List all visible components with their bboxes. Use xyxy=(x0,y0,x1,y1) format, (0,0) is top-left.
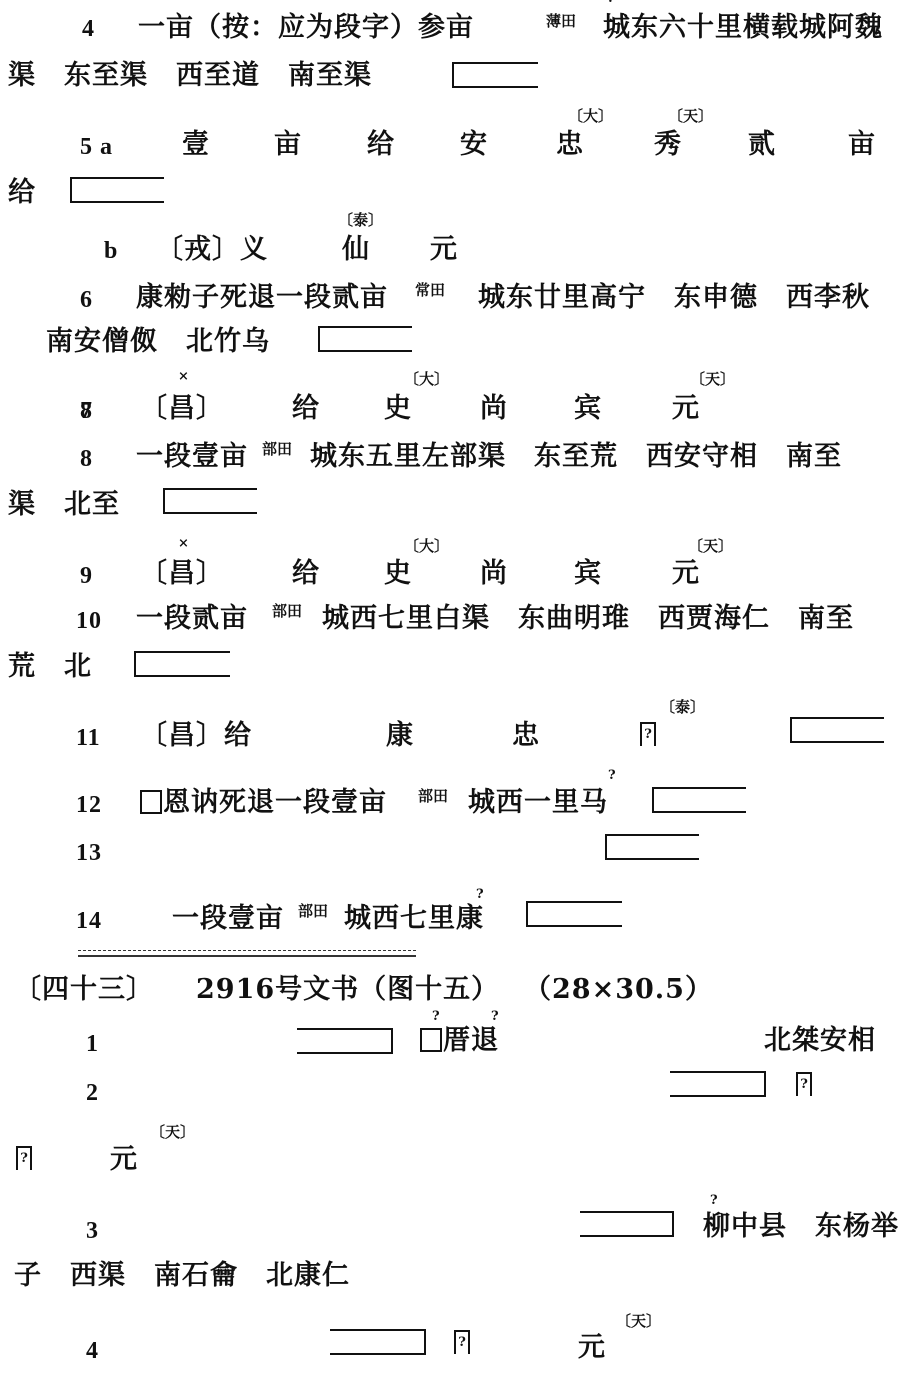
line-cell: 亩 xyxy=(848,130,876,160)
line-cell: 元 xyxy=(672,394,700,424)
line-cell: 〔昌〕给 xyxy=(140,721,252,751)
line-cell: 安 xyxy=(460,130,488,160)
line-text: 城东六十里横载城阿魏 xyxy=(603,13,883,43)
missing-char-box xyxy=(140,790,162,814)
line-cell: 史 xyxy=(384,559,412,589)
annotation: 〔天〕 xyxy=(616,1313,661,1329)
lacuna-mark xyxy=(163,488,257,514)
line-number: 12 xyxy=(76,790,102,820)
document-page: ? 4 一亩（按：应为段字）参亩 薄田 城东六十里横载城阿魏 渠 东至渠 西至道… xyxy=(0,0,924,1376)
line-number: 6 xyxy=(80,285,93,315)
section-index: 〔四十三〕 xyxy=(14,975,154,1005)
line-cell: 忠 xyxy=(512,721,540,751)
line-text: 城东五里左部渠 东至荒 西安守相 南至 xyxy=(310,442,842,472)
line-text: 康勑子死退一段贰亩 xyxy=(136,283,388,313)
line-cell: 宾 xyxy=(574,394,602,424)
line-cell: 秀 xyxy=(654,130,682,160)
annotation: 〔泰〕 xyxy=(338,212,383,228)
field-type-note: 部田 xyxy=(262,441,292,457)
line-number: 10 xyxy=(76,606,102,636)
line-number: 1 xyxy=(86,1029,99,1059)
query-mark: ? xyxy=(607,0,615,6)
annotation: 〔泰〕 xyxy=(660,699,705,715)
line-text: 一段壹亩 xyxy=(136,442,248,472)
line-cell: 壹 xyxy=(182,130,210,160)
lacuna-mark xyxy=(318,326,412,352)
lacuna-mark xyxy=(670,1071,766,1097)
field-type-note: 常田 xyxy=(415,282,445,298)
line-text: 柳中县 东杨举 xyxy=(703,1212,899,1242)
query-mark: ? xyxy=(491,1010,499,1024)
field-type-note: 部田 xyxy=(298,903,328,919)
line-cell: 史 xyxy=(384,394,412,424)
line-text-body: 恩讷死退一段壹亩 xyxy=(163,787,387,818)
field-type-note: 部田 xyxy=(272,603,302,619)
line-cell: 〔昌〕 xyxy=(140,559,224,589)
line-continuation: 渠 北至 xyxy=(8,490,120,520)
line-number: 8 xyxy=(80,444,93,474)
line-continuation: 渠 东至渠 西至道 南至渠 xyxy=(8,61,372,91)
line-number: 13 xyxy=(76,838,102,868)
lacuna-mark xyxy=(297,1028,393,1054)
line-number: 5 a xyxy=(80,132,113,162)
lacuna-mark xyxy=(526,901,622,927)
line-text: 一段贰亩 xyxy=(136,604,248,634)
lacuna-mark xyxy=(580,1211,674,1237)
line-number: 2 xyxy=(86,1078,99,1108)
line-cell: 亩 xyxy=(274,130,302,160)
illegible-char-box: ? xyxy=(796,1072,812,1096)
annotation: 〔大〕 xyxy=(404,538,449,554)
line-text-right: 北桀安相 xyxy=(764,1026,876,1056)
line-continuation: 元 xyxy=(110,1145,138,1175)
line-number: 11 xyxy=(76,723,101,753)
line-number: 3 xyxy=(86,1216,99,1246)
line-text: 厝退 xyxy=(420,1026,499,1056)
annotation: 〔天〕 xyxy=(668,108,713,124)
lacuna-mark xyxy=(652,787,746,813)
query-mark: ? xyxy=(476,888,484,902)
line-number: 4 xyxy=(86,1336,99,1366)
line-cell: 〔戎〕义 xyxy=(156,235,268,265)
line-continuation: 子 西渠 南石龠 北康仁 xyxy=(14,1261,350,1291)
lacuna-mark xyxy=(605,834,699,860)
line-cell: 忠 xyxy=(556,130,584,160)
line-cell: 康 xyxy=(386,721,414,751)
query-mark: ? xyxy=(710,1194,718,1208)
line-text: 城西七里白渠 东曲明琟 西贾海仁 南至 xyxy=(322,604,854,634)
line-number: 14 xyxy=(76,906,102,936)
line-cell: 尚 xyxy=(480,394,508,424)
line-number: b xyxy=(104,236,118,266)
annotation: 〔天〕 xyxy=(150,1124,195,1140)
line-cell: 元 xyxy=(430,235,458,265)
line-text: 一段壹亩 xyxy=(172,904,284,934)
missing-char-box xyxy=(420,1028,442,1052)
field-type-note: 薄田 xyxy=(546,13,576,29)
annotation: 〔大〕 xyxy=(568,108,613,124)
line-text: 城西七里康 xyxy=(344,904,484,934)
line-cell: 给 xyxy=(292,394,320,424)
query-mark: ? xyxy=(608,769,616,783)
lacuna-mark xyxy=(134,651,230,677)
line-cell: 尚 xyxy=(480,559,508,589)
section-divider xyxy=(78,950,416,957)
field-type-note: 部田 xyxy=(418,788,448,804)
line-continuation: 荒 北 xyxy=(8,652,92,682)
annotation: 〔大〕 xyxy=(404,371,449,387)
line-cell: 给 xyxy=(292,559,320,589)
lacuna-mark xyxy=(330,1329,426,1355)
line-text: 恩讷死退一段壹亩 xyxy=(140,788,387,818)
section-size: （28×30.5） xyxy=(524,975,713,1005)
lacuna-mark xyxy=(452,62,538,88)
line-cell: 〔昌〕 xyxy=(140,394,224,424)
line-text: 城西一里马 xyxy=(468,788,608,818)
line-text: 一亩（按：应为段字）参亩 xyxy=(138,13,474,43)
cross-mark: × xyxy=(178,537,189,551)
section-title: 2916号文书（图十五） xyxy=(196,975,499,1005)
line-text-body: 厝退 xyxy=(443,1025,499,1056)
line-text: 城东廿里高宁 东申德 西李秋 xyxy=(478,283,870,313)
line-cell: 仙 xyxy=(342,235,370,265)
line-cell: 贰 xyxy=(748,130,776,160)
line-cell: 宾 xyxy=(574,559,602,589)
cross-mark: × xyxy=(178,370,189,384)
line-number: 9 xyxy=(80,561,93,591)
annotation: 〔天〕 xyxy=(688,538,733,554)
line-cell: 给 xyxy=(367,130,395,160)
line-text: 元 xyxy=(578,1333,606,1363)
annotation: 〔天〕 xyxy=(690,371,735,387)
line-continuation: 南安僧伮 北竹乌 xyxy=(46,327,270,357)
line-cell: 元 xyxy=(672,559,700,589)
line-number: 4 xyxy=(82,14,95,44)
line-continuation: 给 xyxy=(8,178,36,208)
illegible-char-box: ? xyxy=(16,1146,32,1170)
lacuna-mark xyxy=(70,177,164,203)
illegible-char-box: ? xyxy=(640,722,656,746)
lacuna-mark xyxy=(790,717,884,743)
illegible-char-box: ? xyxy=(454,1330,470,1354)
line-number: 7 xyxy=(80,396,93,426)
query-mark: ? xyxy=(432,1010,440,1024)
